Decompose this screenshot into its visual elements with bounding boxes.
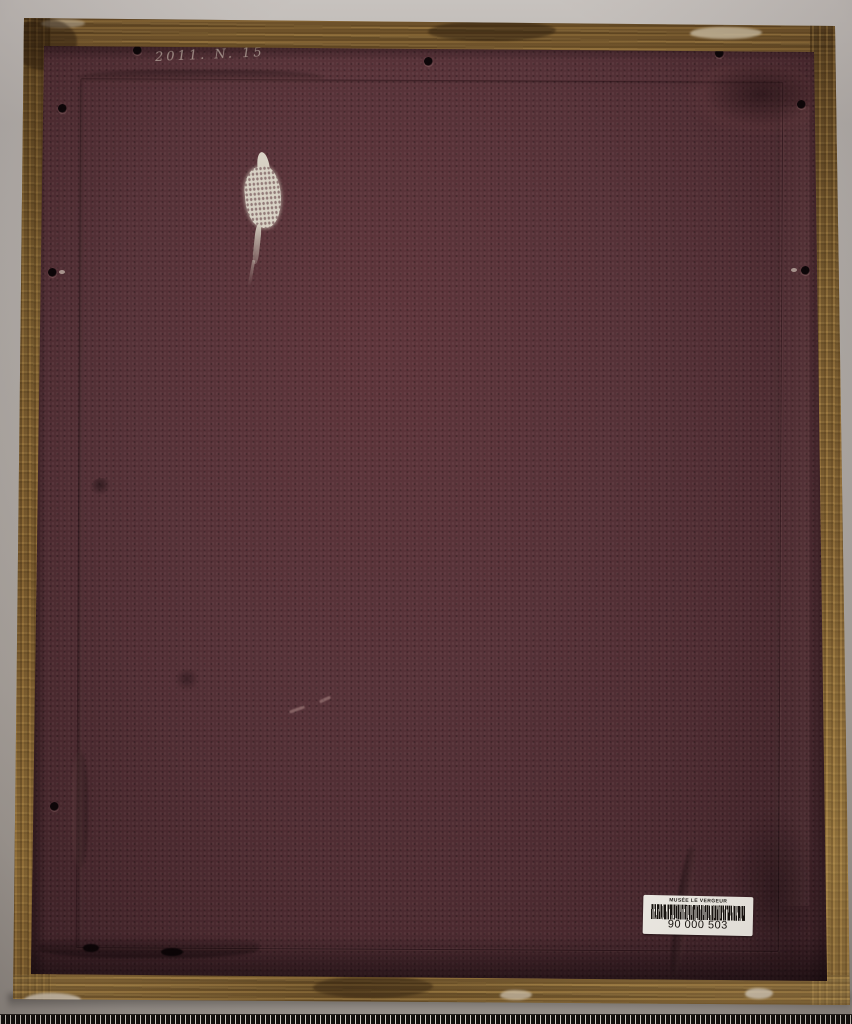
- gilding-wear-patch: [837, 118, 848, 152]
- inventory-number-text: 90 000 503: [643, 919, 753, 932]
- nail-hole: [801, 266, 810, 275]
- gilding-wear-patch: [500, 990, 532, 1000]
- backing-board: 2011. N. 15 MUSÉE LE VERGEUR: [31, 46, 827, 981]
- gilding-wear-patch: [745, 988, 773, 999]
- backing-tear: [83, 944, 99, 952]
- nail-hole: [797, 100, 806, 109]
- nail-hole: [133, 46, 142, 55]
- photo-scene: 2011. N. 15 MUSÉE LE VERGEUR: [0, 0, 852, 1024]
- nail-hole: [50, 802, 59, 811]
- nail-hole: [48, 268, 57, 277]
- nail-hole: [58, 104, 67, 113]
- nail-hole: [424, 57, 433, 66]
- frame-dark-smudge: [313, 976, 433, 998]
- gilding-wear-patch: [690, 27, 762, 39]
- honeycomb-board-edge: [0, 1014, 852, 1024]
- museum-barcode-label: MUSÉE LE VERGEUR: [643, 895, 754, 936]
- gilding-wear-patch: [41, 19, 85, 28]
- backing-tear: [161, 948, 183, 956]
- stretcher-crease-rectangle: [76, 78, 784, 952]
- paint-fleck: [59, 270, 65, 274]
- paint-fleck: [791, 268, 797, 272]
- frame-dark-smudge: [428, 21, 556, 41]
